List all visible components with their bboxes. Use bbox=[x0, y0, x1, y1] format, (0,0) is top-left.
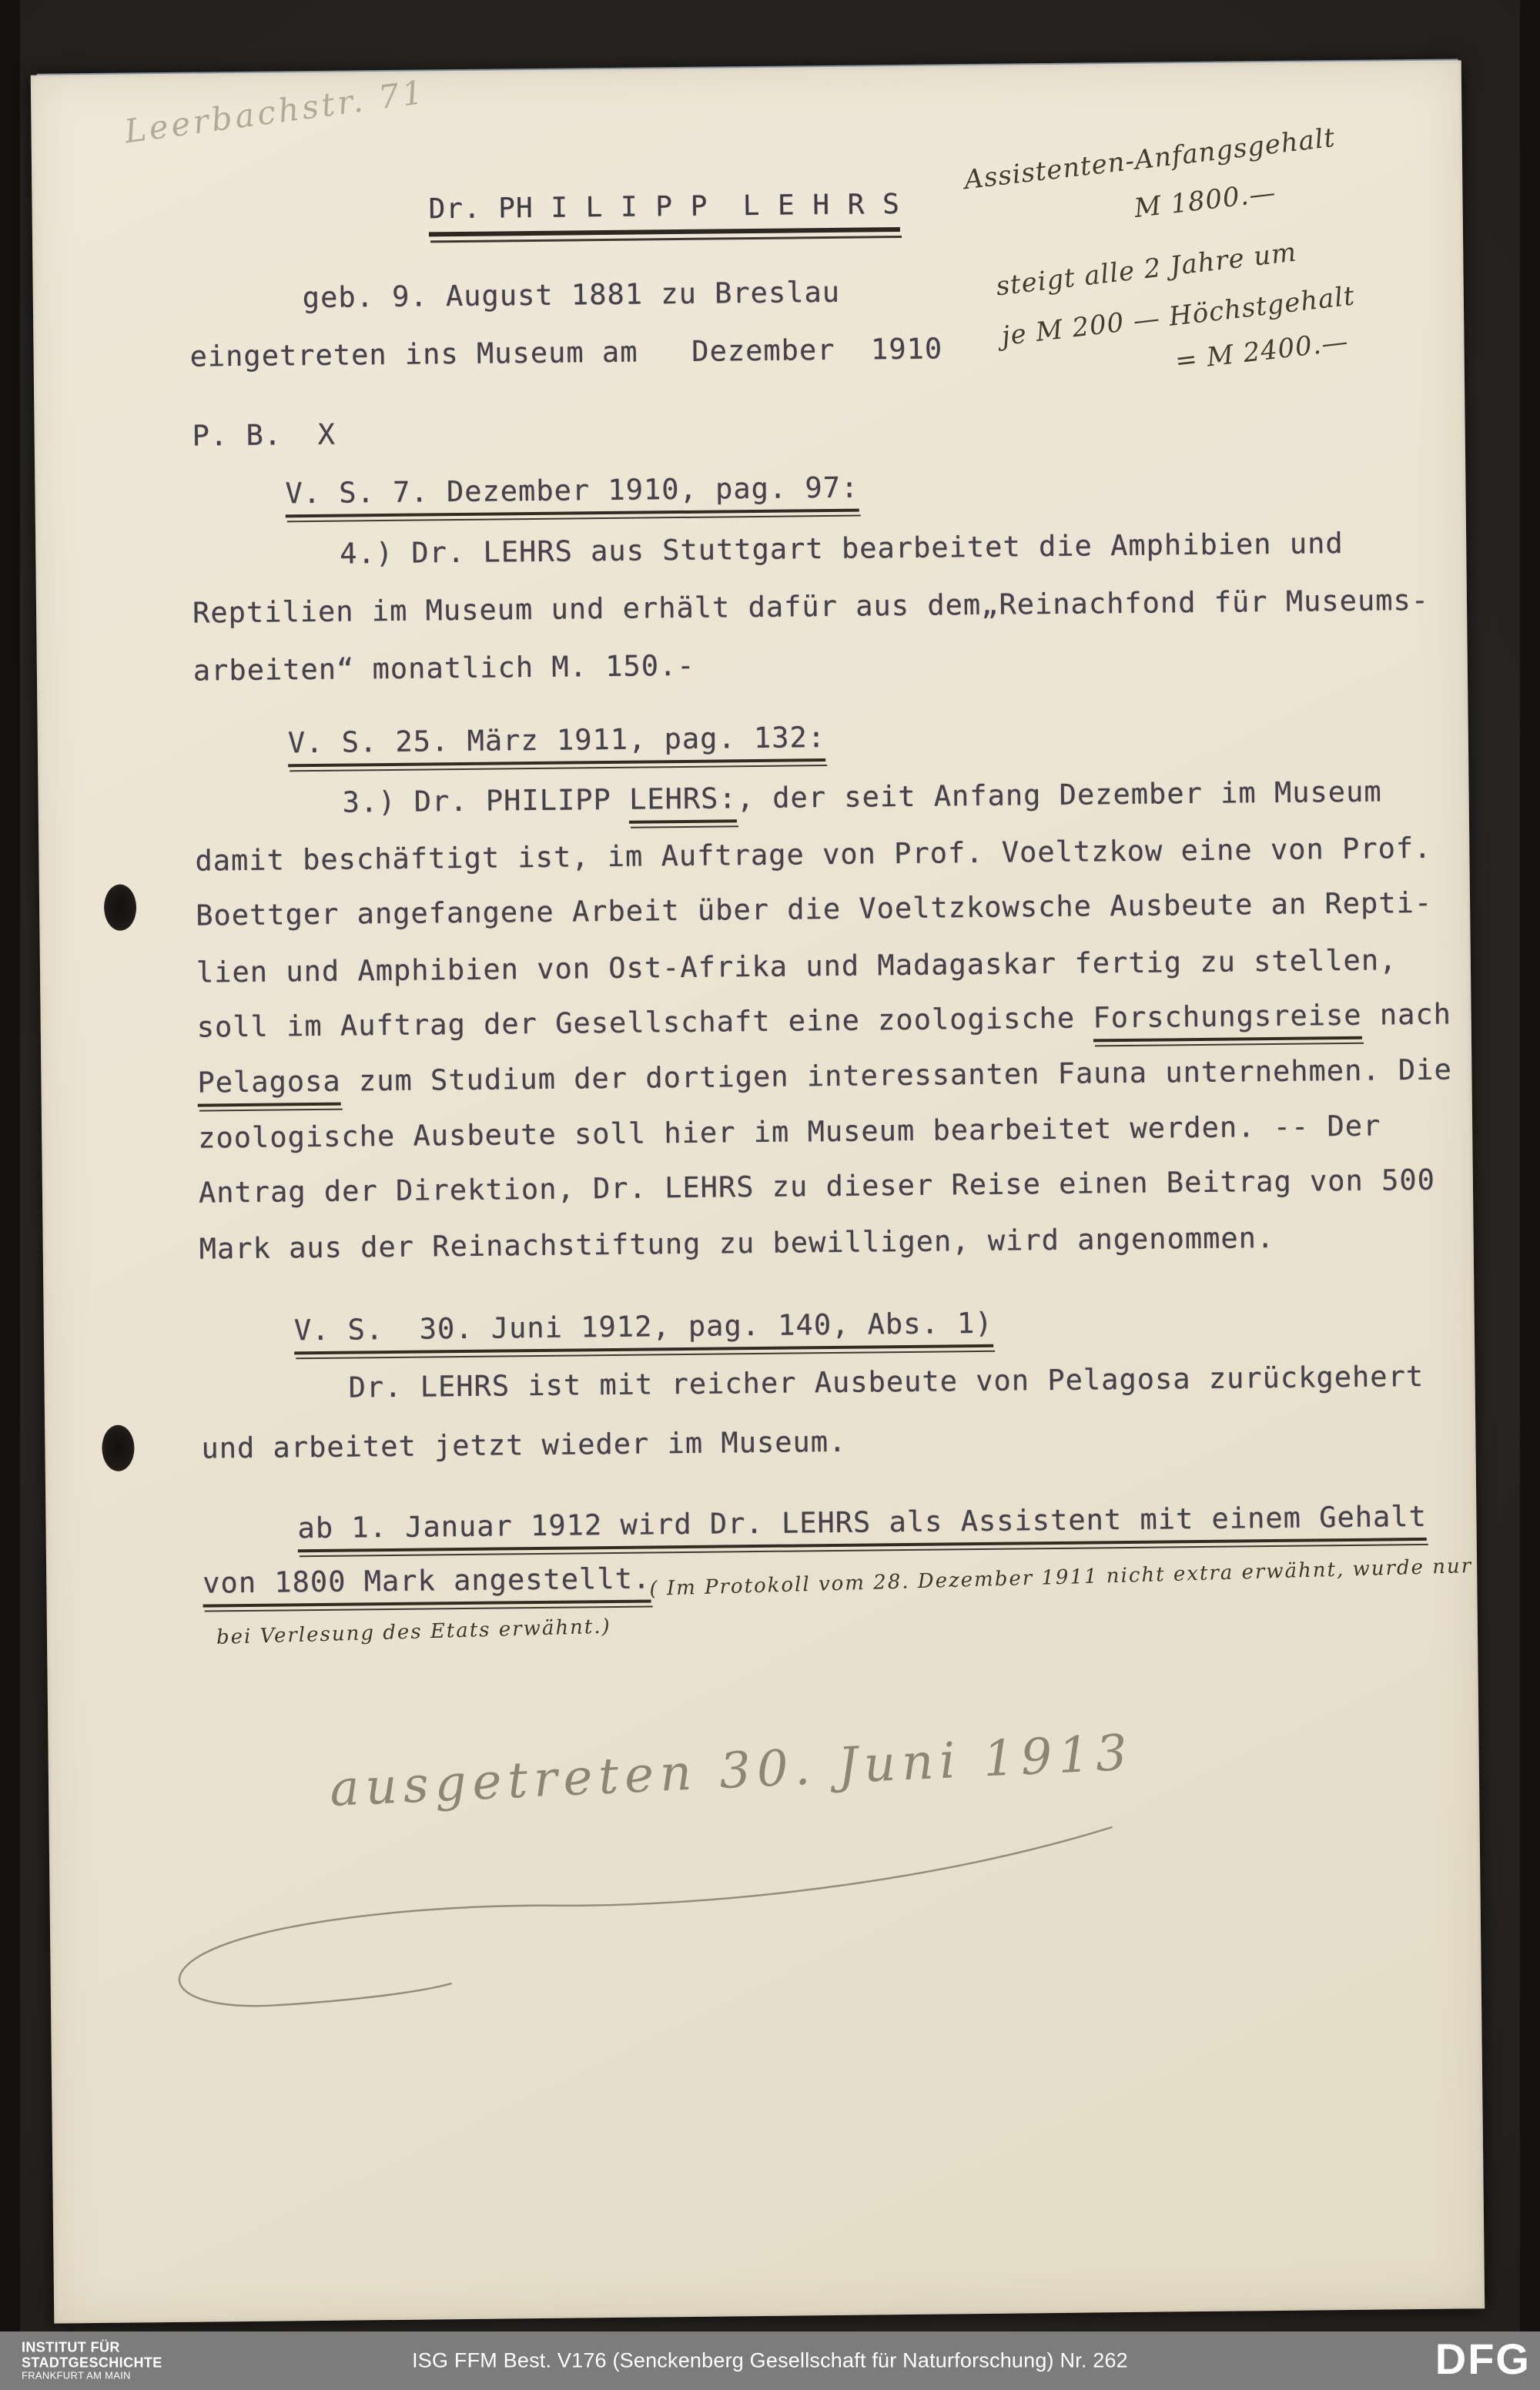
typed-line: Boettger angefangene Arbeit über die Voe… bbox=[196, 889, 1432, 930]
archive-footer-bar: INSTITUT FÜR STADTGESCHICHTE FRANKFURT A… bbox=[0, 2331, 1540, 2390]
typed-line: Reptilien im Museum und erhält dafür aus… bbox=[192, 586, 1429, 628]
typed-line: arbeiten“ monatlich M. 150.- bbox=[193, 651, 695, 685]
typed-line: Dr. LEHRS ist mit reicher Ausbeute von P… bbox=[348, 1362, 1424, 1402]
typed-line: und arbeitet jetzt wieder im Museum. bbox=[201, 1428, 846, 1463]
typed-line: lien und Amphibien von Ost-Afrika und Ma… bbox=[196, 946, 1398, 986]
document-page: Leerbachstr. 71 Dr. PH I L I P P L E H R… bbox=[31, 60, 1485, 2323]
typed-line: Mark aus der Reinachstiftung zu bewillig… bbox=[199, 1223, 1275, 1264]
typed-line: damit beschäftigt ist, im Auftrage von P… bbox=[195, 834, 1431, 875]
typed-line-pb: P. B. X bbox=[192, 420, 336, 450]
punch-hole-bottom bbox=[102, 1424, 135, 1471]
typed-line: 3.) Dr. PHILIPP LEHRS:, der seit Anfang … bbox=[342, 777, 1381, 816]
hand-annotation-line1: ( Im Protokoll vom 28. Dezember 1911 nic… bbox=[649, 1556, 1472, 1599]
institute-logo: INSTITUT FÜR STADTGESCHICHTE FRANKFURT A… bbox=[22, 2340, 162, 2382]
dfg-logo: DFG bbox=[1435, 2334, 1531, 2384]
section-heading-1911: V. S. 25. März 1911, pag. 132: bbox=[288, 723, 826, 757]
typed-line: zoologische Ausbeute soll hier im Museum… bbox=[198, 1112, 1381, 1153]
typed-line: soll im Auftrag der Gesellschaft eine zo… bbox=[197, 1000, 1452, 1042]
pencil-note-address: Leerbachstr. 71 bbox=[122, 76, 427, 149]
institute-line2: STADTGESCHICHTE bbox=[22, 2355, 162, 2371]
ink-flourish bbox=[122, 1790, 1140, 2040]
section-heading-1910: V. S. 7. Dezember 1910, pag. 97: bbox=[285, 474, 859, 508]
typed-line-appointment: ab 1. Januar 1912 wird Dr. LEHRS als Ass… bbox=[297, 1502, 1427, 1542]
punch-hole-top bbox=[104, 884, 137, 930]
margin-note-salary: Assistenten-Anfangsgehalt M 1800.— steig… bbox=[963, 111, 1482, 420]
typed-line-salary: von 1800 Mark angestellt. bbox=[203, 1564, 651, 1597]
typed-line-entry: eingetreten ins Museum am Dezember 1910 bbox=[189, 334, 942, 370]
margin-note-line: M 1800.— bbox=[1133, 179, 1277, 222]
margin-note-line: Assistenten-Anfangsgehalt bbox=[963, 125, 1337, 193]
institute-line1: INSTITUT FÜR bbox=[22, 2340, 162, 2355]
hand-annotation-line2: bei Verlesung des Etats erwähnt.) bbox=[216, 1617, 611, 1648]
typed-line: 4.) Dr. LEHRS aus Stuttgart bearbeitet d… bbox=[340, 529, 1344, 568]
film-edge-left bbox=[0, 0, 20, 2390]
section-heading-1912: V. S. 30. Juni 1912, pag. 140, Abs. 1) bbox=[294, 1309, 993, 1345]
margin-note-line: = M 2400.— bbox=[1173, 329, 1350, 375]
title-text: Dr. PH I L I P P L E H R S bbox=[428, 189, 900, 236]
archive-reference: ISG FFM Best. V176 (Senckenberg Gesellsc… bbox=[412, 2349, 1128, 2373]
typed-line-birth: geb. 9. August 1881 zu Breslau bbox=[303, 278, 841, 312]
institute-line3: FRANKFURT AM MAIN bbox=[22, 2371, 162, 2382]
page-title: Dr. PH I L I P P L E H R S bbox=[428, 191, 900, 223]
margin-note-line: steigt alle 2 Jahre um bbox=[995, 239, 1298, 300]
film-edge-right bbox=[1520, 0, 1540, 2390]
scan-background: Leerbachstr. 71 Dr. PH I L I P P L E H R… bbox=[0, 0, 1540, 2390]
typed-line: Pelagosa zum Studium der dortigen intere… bbox=[197, 1056, 1452, 1097]
typed-line: Antrag der Direktion, Dr. LEHRS zu diese… bbox=[199, 1166, 1435, 1207]
